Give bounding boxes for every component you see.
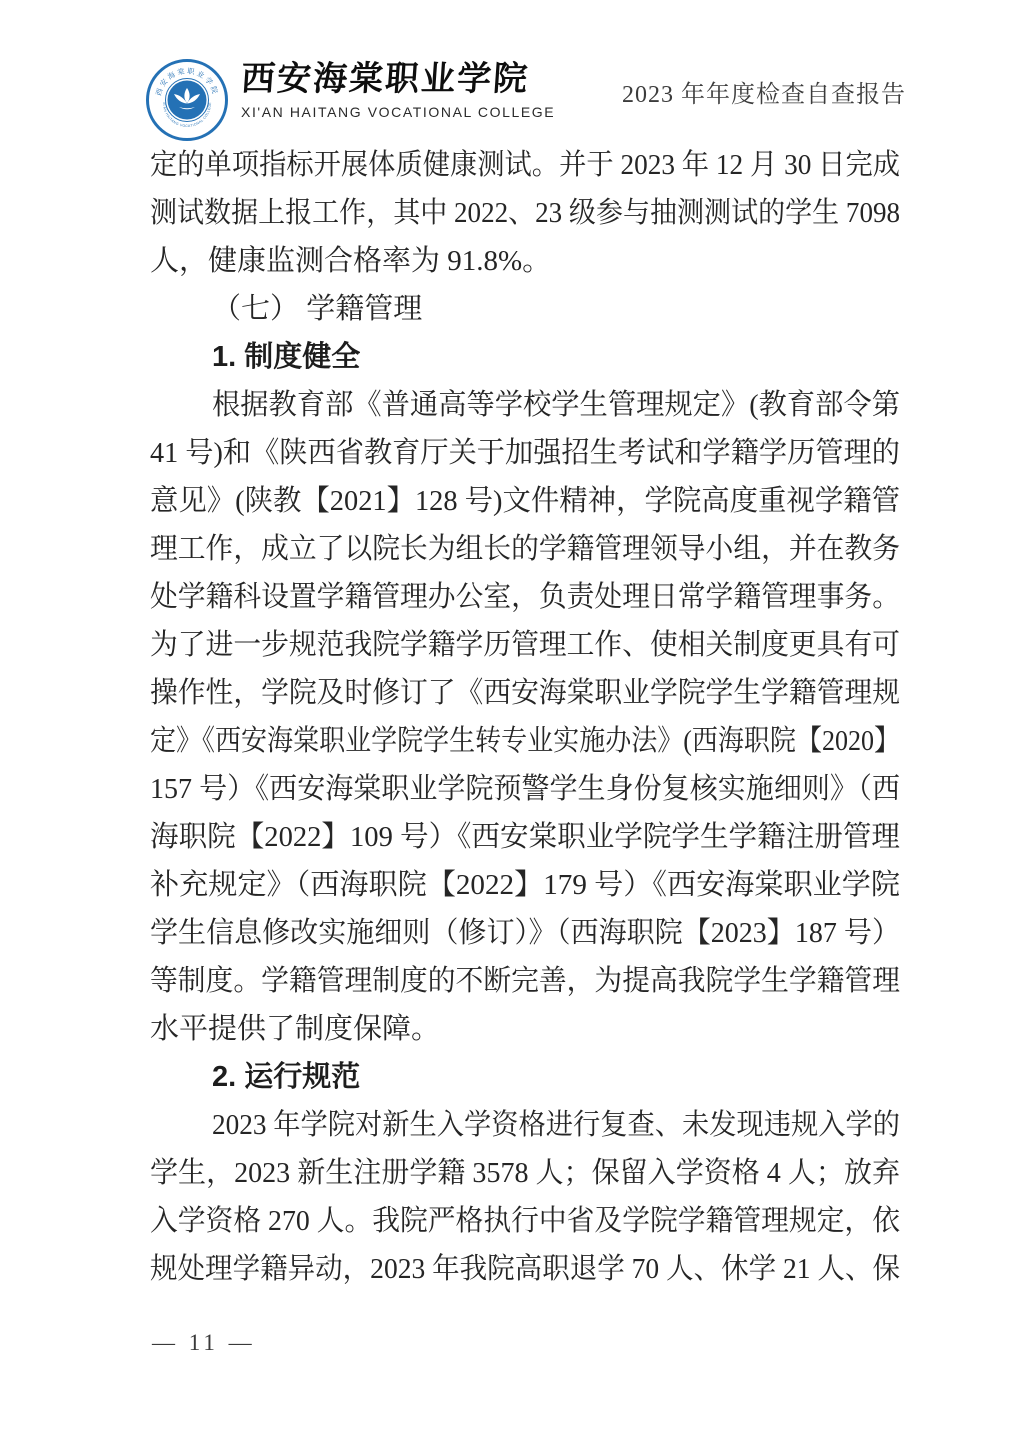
body-text-line: 水平提供了制度保障。 <box>150 1005 900 1053</box>
body-text-line: 规处理学籍异动，2023 年我院高职退学 70 人、休学 21 人、保 <box>150 1245 900 1293</box>
report-title: 2023 年年度检查自查报告 <box>622 74 906 109</box>
body-text: 补充规定》（西海职院【2022】179 号）《西安海棠职业学院 <box>150 861 900 909</box>
body-text: 水平提供了制度保障。 <box>150 1005 440 1053</box>
body-text: 规处理学籍异动，2023 年我院高职退学 70 人、休学 21 人、保 <box>150 1245 900 1293</box>
body-text: （七） 学籍管理 <box>212 285 422 333</box>
body-text-line: 人，健康监测合格率为 91.8%。 <box>150 237 900 285</box>
body-text: 人，健康监测合格率为 91.8%。 <box>150 237 551 285</box>
body-text: 等制度。学籍管理制度的不断完善，为提高我院学生学籍管理 <box>150 957 900 1005</box>
body-text-line: 补充规定》（西海职院【2022】179 号）《西安海棠职业学院 <box>150 861 900 909</box>
body-text: 学生，2023 新生注册学籍 3578 人；保留入学资格 4 人；放弃 <box>150 1149 900 1197</box>
body-text-line: 理工作，成立了以院长为组长的学籍管理领导小组，并在教务 <box>150 525 900 573</box>
body-text-line: 41 号)和《陕西省教育厅关于加强招生考试和学籍学历管理的 <box>150 429 900 477</box>
document-page: 西安海棠职业学院 XI'AN HAITANG VOCATIONAL COLLEG… <box>0 0 1024 1447</box>
page-header: 西安海棠职业学院 XI'AN HAITANG VOCATIONAL COLLEG… <box>145 58 906 148</box>
body-text-line: 157 号）《西安海棠职业学院预警学生身份复核实施细则》（西 <box>150 765 900 813</box>
body-text: 入学资格 270 人。我院严格执行中省及学院学籍管理规定，依 <box>150 1197 900 1245</box>
college-name-calligraphy: 西安海棠职业学院 <box>240 60 557 101</box>
body-text: 定》《西安海棠职业学院学生转专业实施办法》(西海职院【2020】 <box>150 717 900 765</box>
body-text: 1. 制度健全 <box>212 333 360 381</box>
body-text-line: 学生信息修改实施细则（修订）》（西海职院【2023】187 号） <box>150 909 900 957</box>
page-number: — 11 — <box>152 1330 256 1356</box>
body-text-line: 操作性，学院及时修订了《西安海棠职业学院学生学籍管理规 <box>150 669 900 717</box>
body-text-line: 定》《西安海棠职业学院学生转专业实施办法》(西海职院【2020】 <box>150 717 900 765</box>
body-text: 157 号）《西安海棠职业学院预警学生身份复核实施细则》（西 <box>150 765 900 813</box>
body-text-line: 等制度。学籍管理制度的不断完善，为提高我院学生学籍管理 <box>150 957 900 1005</box>
body-text-line: 海职院【2022】109 号）《西安棠职业学院学生学籍注册管理 <box>150 813 900 861</box>
body-text: 海职院【2022】109 号）《西安棠职业学院学生学籍注册管理 <box>150 813 900 861</box>
body-text-line: 处学籍科设置学籍管理办公室，负责处理日常学籍管理事务。 <box>150 573 900 621</box>
college-name-block: 西安海棠职业学院 XI'AN HAITANG VOCATIONAL COLLEG… <box>241 58 555 120</box>
body-text: 41 号)和《陕西省教育厅关于加强招生考试和学籍学历管理的 <box>150 429 900 477</box>
body-text: 处学籍科设置学籍管理办公室，负责处理日常学籍管理事务。 <box>150 573 900 621</box>
body-text: 学生信息修改实施细则（修订）》（西海职院【2023】187 号） <box>150 909 900 957</box>
section-heading: （七） 学籍管理 <box>150 285 900 333</box>
body-text: 操作性，学院及时修订了《西安海棠职业学院学生学籍管理规 <box>150 669 900 717</box>
body-text-line: 入学资格 270 人。我院严格执行中省及学院学籍管理规定，依 <box>150 1197 900 1245</box>
college-name-english: XI'AN HAITANG VOCATIONAL COLLEGE <box>241 104 555 120</box>
body-text: 定的单项指标开展体质健康测试。并于 2023 年 12 月 30 日完成 <box>150 141 900 189</box>
body-text-line: 学生，2023 新生注册学籍 3578 人；保留入学资格 4 人；放弃 <box>150 1149 900 1197</box>
body-text: 2023 年学院对新生入学资格进行复查、未发现违规入学的 <box>212 1101 900 1149</box>
subsection-heading: 2. 运行规范 <box>150 1053 900 1101</box>
body-text: 2. 运行规范 <box>212 1053 360 1101</box>
body-text: 根据教育部《普通高等学校学生管理规定》(教育部令第 <box>212 381 900 429</box>
body-text-line: 测试数据上报工作，其中 2022、23 级参与抽测测试的学生 7098 <box>150 189 900 237</box>
body-text: 意见》(陕教【2021】128 号)文件精神，学院高度重视学籍管 <box>150 477 900 525</box>
body-text-line: 2023 年学院对新生入学资格进行复查、未发现违规入学的 <box>150 1101 900 1149</box>
body-text: 理工作，成立了以院长为组长的学籍管理领导小组，并在教务 <box>150 525 900 573</box>
college-logo-group: 西安海棠职业学院 XI'AN HAITANG VOCATIONAL COLLEG… <box>145 58 555 142</box>
body-text: 测试数据上报工作，其中 2022、23 级参与抽测测试的学生 7098 <box>150 189 900 237</box>
body-text-line: 为了进一步规范我院学籍学历管理工作、使相关制度更具有可 <box>150 621 900 669</box>
subsection-heading: 1. 制度健全 <box>150 333 900 381</box>
body-text-line: 根据教育部《普通高等学校学生管理规定》(教育部令第 <box>150 381 900 429</box>
college-seal-icon: 西安海棠职业学院 XI'AN HAITANG VOCATIONAL COLLEG… <box>145 58 229 142</box>
document-body: 定的单项指标开展体质健康测试。并于 2023 年 12 月 30 日完成测试数据… <box>150 141 900 1293</box>
body-text-line: 意见》(陕教【2021】128 号)文件精神，学院高度重视学籍管 <box>150 477 900 525</box>
body-text: 为了进一步规范我院学籍学历管理工作、使相关制度更具有可 <box>150 621 900 669</box>
body-text-line: 定的单项指标开展体质健康测试。并于 2023 年 12 月 30 日完成 <box>150 141 900 189</box>
